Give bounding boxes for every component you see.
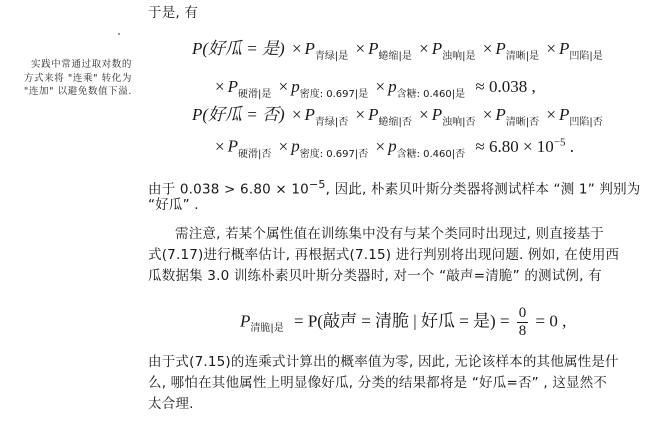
margin-note: 实践中常通过取对数的 方式来将 "连乘" 转化为 "连加" 以避免数值下溢. [4, 58, 132, 99]
margin-note-line: 方式来将 "连乘" 转化为 [4, 72, 132, 86]
equation-bad-melon-line2: ×P硬滑|否 ×p密度: 0.697|否 ×p含糖: 0.460|否 ≈ 6.8… [212, 131, 574, 161]
margin-note-line: 实践中常通过取对数的 [4, 58, 132, 72]
eq1-lead: P(好瓜 = 是) [192, 39, 285, 58]
scan-speck [118, 33, 120, 35]
paragraph-zero-prob-line3: 太合理. [148, 394, 194, 414]
paragraph-note-line1: 需注意, 若某个属性值在训练集中没有与某个类同时出现过, 则直接基于 [175, 224, 604, 244]
paragraph-zero-prob-line2: 么, 哪怕在其他属性上明显像好瓜, 分类的结果都将是 “好瓜=否” , 这显然不 [148, 373, 607, 393]
eq2-result: ≈ 6.80 × 10−5 . [475, 137, 574, 156]
margin-note-line: "连加" 以避免数值下溢. [4, 85, 132, 99]
fraction: 0 8 [517, 305, 529, 340]
paragraph-conclusion-line2: “好瓜” . [148, 195, 199, 215]
equation-bad-melon-line1: P(好瓜 = 否) ×P青绿|否 ×P蜷缩|否 ×P浊响|否 ×P清晰|否 ×P… [192, 104, 603, 129]
paragraph-note-line2: 式(7.17)进行概率估计, 再根据式(7.15) 进行判别将出现问题. 例如,… [148, 245, 619, 265]
paragraph-conclusion-line1: 由于 0.038 > 6.80 × 10−5, 因此, 朴素贝叶斯分类器将测试样… [148, 175, 641, 200]
eq2-lead: P(好瓜 = 否) [192, 105, 285, 124]
eq1-result: ≈ 0.038 , [475, 77, 535, 96]
equation-good-melon-line1: P(好瓜 = 是) ×P青绿|是 ×P蜷缩|是 ×P浊响|是 ×P清晰|是 ×P… [192, 38, 603, 63]
paragraph-note-line3: 瓜数据集 3.0 训练朴素贝叶斯分类器时, 对一个 “敲声=清脆” 的测试例, … [148, 266, 602, 286]
intro-text: 于是, 有 [148, 3, 198, 23]
equation-good-melon-line2: ×P硬滑|是 ×p密度: 0.697|是 ×p含糖: 0.460|是 ≈ 0.0… [212, 76, 536, 101]
paragraph-zero-prob-line1: 由于式(7.15)的连乘式计算出的概率值为零, 因此, 无论该样本的其他属性是什 [148, 352, 619, 372]
equation-crisp-sound: P清脆|是 = P(敲声 = 清脆 | 好瓜 = 是) = 0 8 = 0 , [240, 305, 566, 340]
